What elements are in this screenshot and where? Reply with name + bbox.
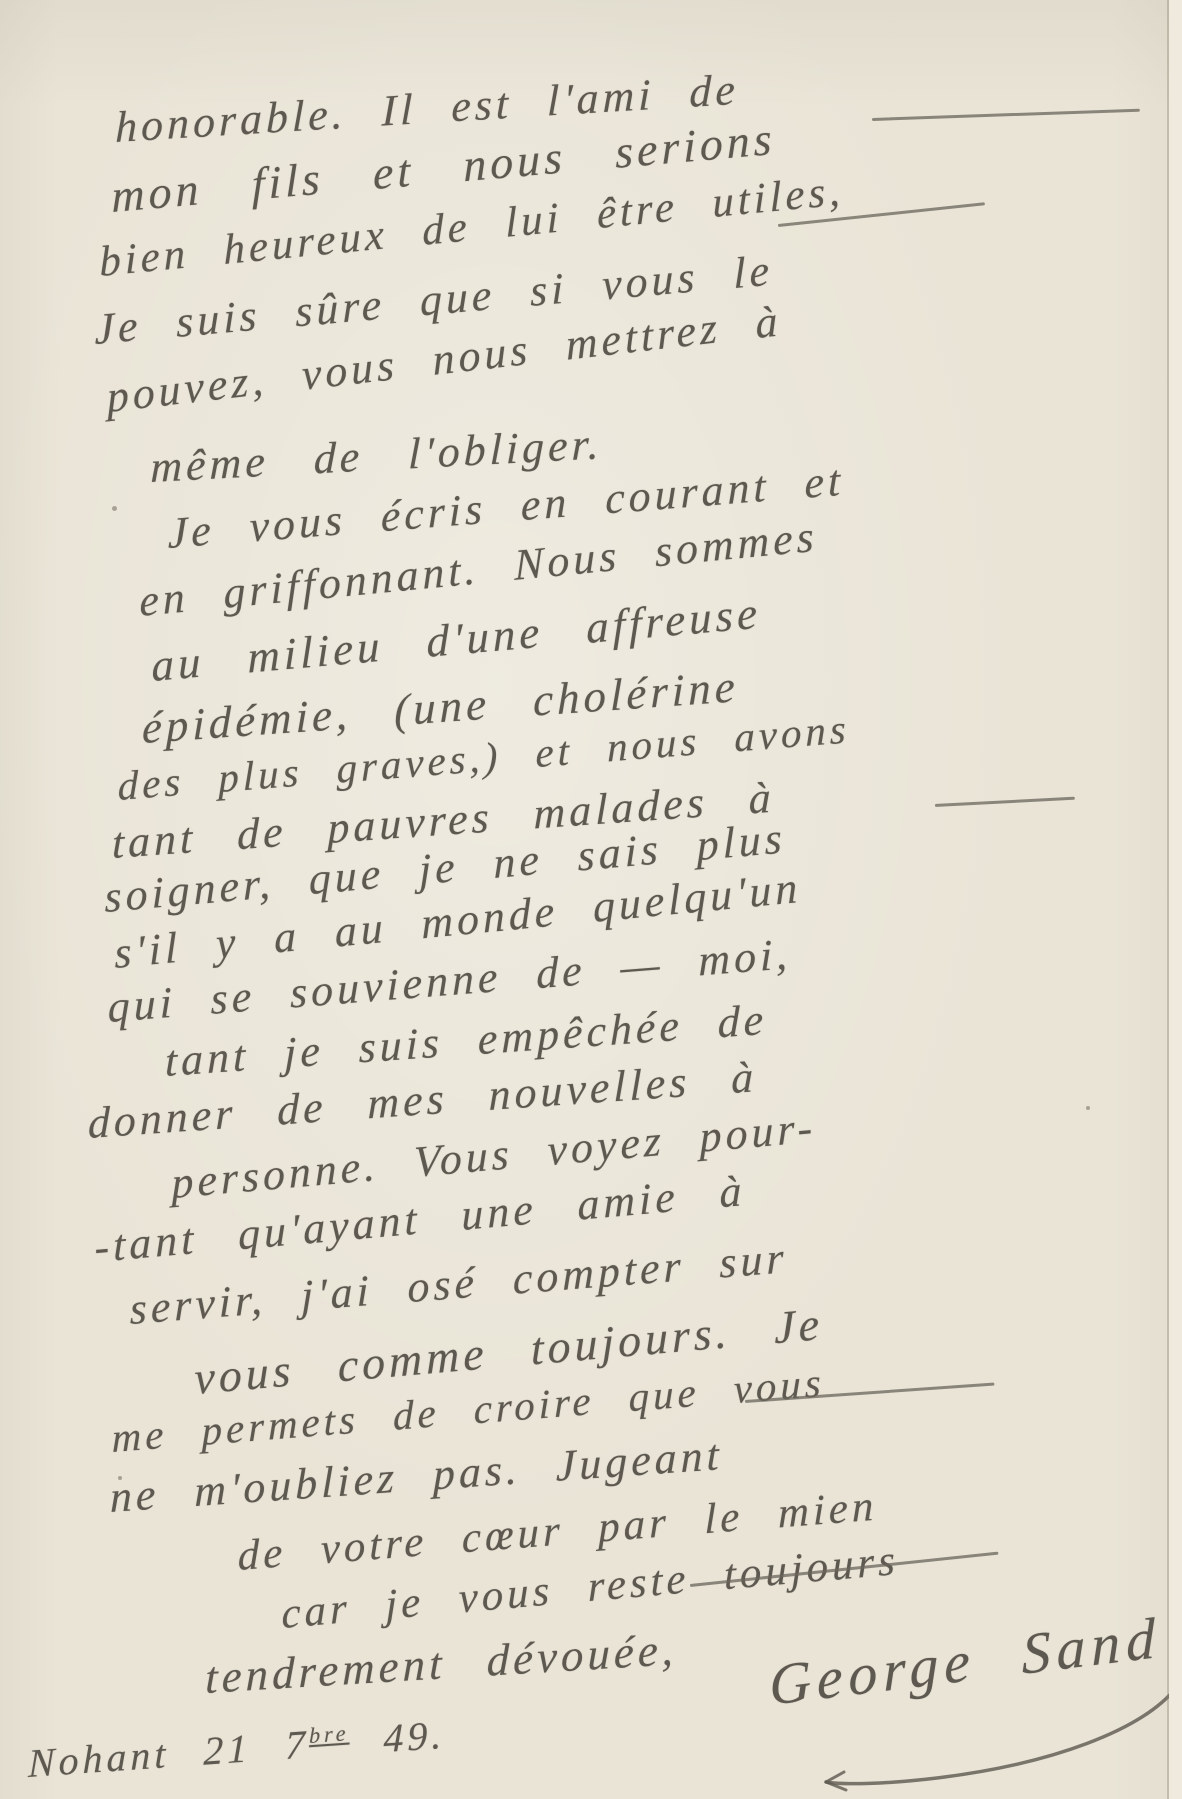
pen-stroke (935, 797, 1075, 807)
page-fold-line (1167, 0, 1169, 1799)
dateline-place-day: Nohant 21 7 (28, 1721, 309, 1786)
letter-page: honorable. Il est l'ami de mon fils et n… (0, 0, 1182, 1799)
page-edge-strip (1169, 0, 1182, 1799)
handwritten-line: tendrement dévouée, (205, 1623, 677, 1704)
dateline-year: 49. (350, 1712, 446, 1764)
ink-speck (1086, 1106, 1090, 1110)
ink-speck (112, 506, 117, 511)
ink-speck (118, 1476, 122, 1480)
dateline: Nohant 21 7bre 49. (28, 1711, 445, 1787)
dateline-month-superscript: bre (309, 1720, 349, 1748)
signature-flourish (752, 1678, 1182, 1798)
pen-stroke (872, 109, 1140, 121)
